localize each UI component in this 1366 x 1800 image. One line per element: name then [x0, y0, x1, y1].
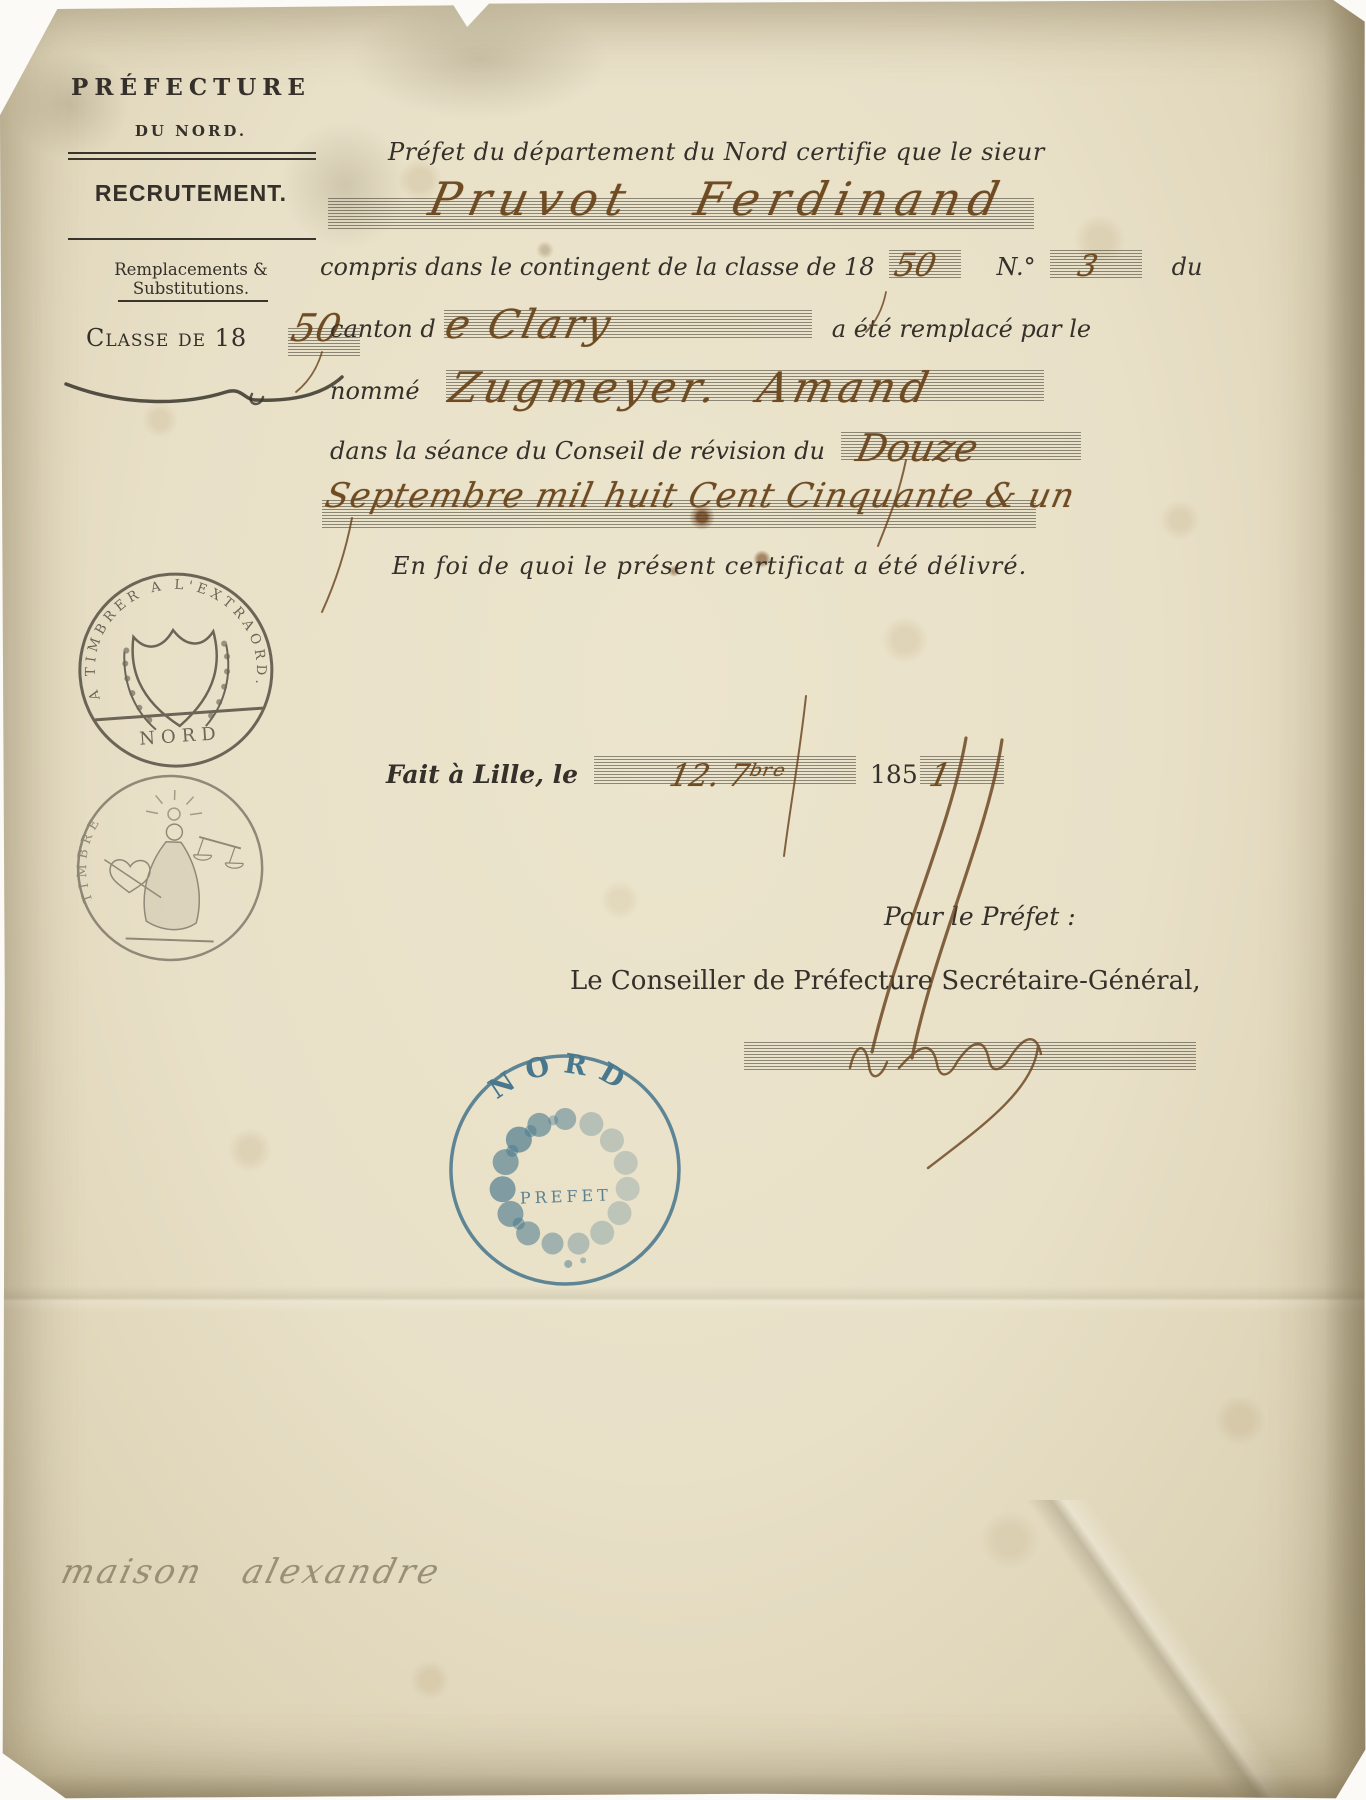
scanned-certificate-page: PRÉFECTURE DU NORD. RECRUTEMENT. Remplac… — [0, 0, 1366, 1800]
paper-vignette — [0, 0, 1366, 1800]
paper-sheet: PRÉFECTURE DU NORD. RECRUTEMENT. Remplac… — [0, 0, 1366, 1800]
